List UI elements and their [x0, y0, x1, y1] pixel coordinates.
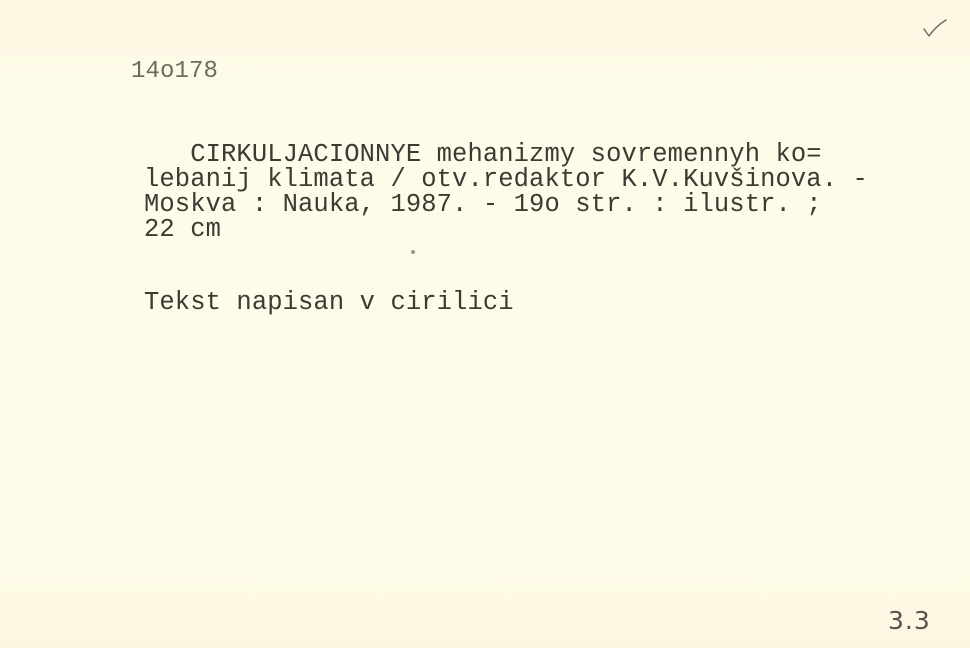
checkmark-icon	[922, 18, 948, 38]
bibliographic-line-title: CIRKULJACIONNYE mehanizmy sovremennyh ko…	[144, 142, 822, 168]
catalog-card: 14o178 CIRKULJACIONNYE mehanizmy sovreme…	[0, 0, 970, 648]
bibliographic-line-editor: lebanij klimata / otv.redaktor K.V.Kuvši…	[144, 167, 868, 193]
shelf-mark: 3.3	[888, 606, 931, 635]
card-note: Tekst napisan v cirilici	[144, 290, 514, 316]
ink-speck	[411, 250, 415, 254]
bibliographic-line-dimensions: 22 cm	[144, 217, 221, 243]
bibliographic-line-publication: Moskva : Nauka, 1987. - 19o str. : ilust…	[144, 192, 822, 218]
accession-number: 14o178	[131, 60, 218, 84]
